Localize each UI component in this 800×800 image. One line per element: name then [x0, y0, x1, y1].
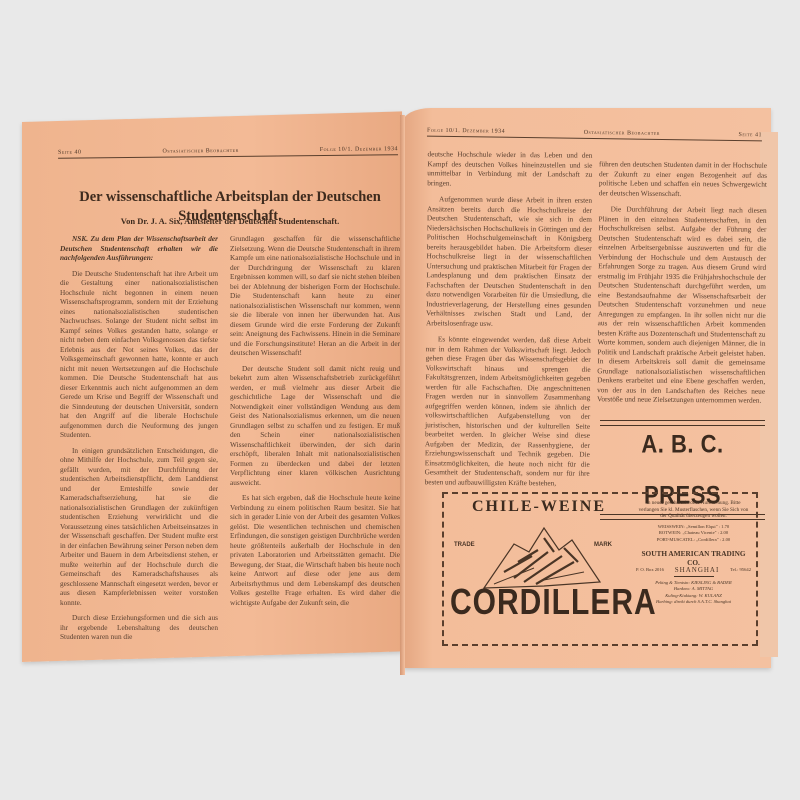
article-column-4: führen den deutschen Studenten damit in … [597, 159, 767, 412]
agents-list: Peking & Tientsin: KIESLING & BADER Hank… [636, 580, 751, 605]
mountain-logo-icon [474, 522, 604, 592]
paragraph: NSK. Zu dem Plan der Wissenschaftsarbeit… [60, 234, 218, 263]
price-item: ROTWEIN: „Chateau Vicente" : 2.00 [636, 530, 751, 537]
abc-press-ad: A. B. C. PRESS [600, 420, 765, 476]
open-magazine-photo: Seite 40 Ostasiatischer Beobachter Folge… [0, 0, 800, 800]
company-address: P. O. Box 2016 SHANGHAI Tel.: 95642 [636, 567, 751, 574]
city: SHANGHAI [675, 567, 720, 574]
article-byline: Von Dr. J. A. Six, Amtsleiter der Deutsc… [60, 216, 400, 226]
article-column-2: Grundlagen geschaffen für die wissenscha… [230, 234, 400, 613]
price-list: WEISSWEIN: „Semillon Elqui" : 1.70 ROTWE… [636, 524, 751, 544]
ad-blurb: in neuer geschmackvoller Aufmachung. Bit… [636, 500, 751, 520]
left-issue: Folge 10/1. Dezember 1934 [320, 146, 398, 153]
ad-headline: CHILE-WEINE [454, 498, 624, 516]
price-item: WEISSWEIN: „Semillon Elqui" : 1.70 [636, 524, 751, 531]
agent-item: Harbing: direkt durch S.A.T.C. Shanghai [636, 599, 751, 605]
paragraph: Die Durchführung der Arbeit liegt nach d… [597, 204, 767, 405]
paragraph: Durch diese Erziehungsformen und die sic… [60, 613, 218, 642]
right-page-number: Seite 41 [738, 132, 762, 138]
article-column-1: NSK. Zu dem Plan der Wissenschaftsarbeit… [60, 234, 218, 648]
right-issue: Folge 10/1. Dezember 1934 [427, 128, 505, 135]
paragraph: In einigen grundsätzlichen Entscheidunge… [60, 446, 218, 608]
ad-details: in neuer geschmackvoller Aufmachung. Bit… [636, 500, 751, 605]
company-name: SOUTH AMERICAN TRADING CO. [636, 549, 751, 567]
left-journal-name: Ostasiatischer Beobachter [162, 148, 238, 155]
paragraph: Grundlagen geschaffen für die wissenscha… [230, 234, 400, 358]
right-journal-name: Ostasiatischer Beobachter [584, 130, 660, 137]
paragraph: Es hat sich ergeben, daß die Hochschule … [230, 493, 400, 607]
paragraph: Aufgenommen wurde diese Arbeit in ihren … [426, 194, 592, 328]
po-box: P. O. Box 2016 [636, 567, 664, 574]
paragraph: Die Deutsche Studentenschaft hat ihre Ar… [60, 269, 218, 440]
left-page-number: Seite 40 [58, 150, 82, 156]
article-column-3: deutsche Hochschule wieder in das Leben … [425, 149, 593, 494]
mark-label: MARK [594, 542, 612, 548]
paragraph: führen den deutschen Studenten damit in … [599, 159, 767, 198]
paragraph: Es könnte eingewendet werden, daß diese … [425, 334, 591, 487]
divider [674, 576, 714, 577]
chile-wine-ad: CHILE-WEINE TRADE MARK CORDILLERA in neu… [442, 492, 758, 646]
trade-label: TRADE [454, 542, 475, 548]
telephone: Tel.: 95642 [730, 567, 751, 574]
paragraph: deutsche Hochschule wieder in das Leben … [427, 149, 592, 188]
paragraph: Der deutsche Student soll damit nicht re… [230, 364, 400, 488]
price-item: PORT-MUSCATEL: „Cordillera" : 2.00 [636, 537, 751, 544]
brand-name: CORDILLERA [450, 583, 650, 624]
